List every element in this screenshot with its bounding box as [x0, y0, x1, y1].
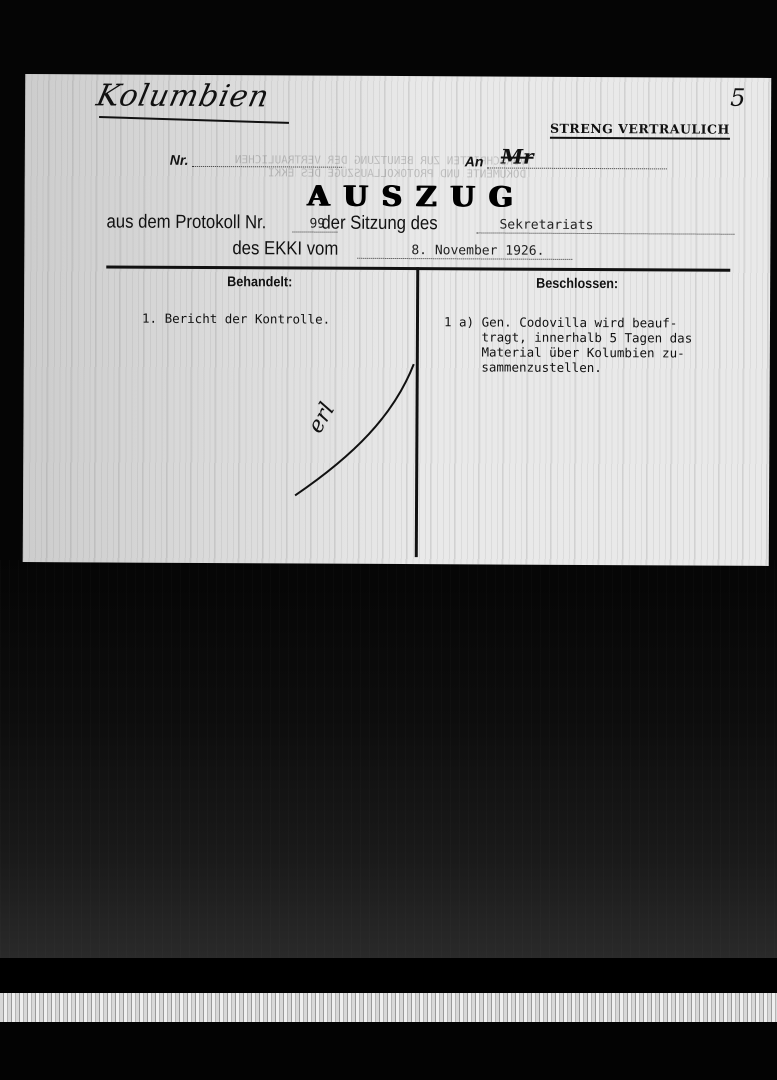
next-document-edge — [0, 993, 777, 1023]
agenda-item: 1. Bericht der Kontrolle. — [142, 311, 330, 327]
scan-dark-band — [0, 958, 777, 994]
an-value-struck: Mr — [501, 145, 534, 169]
scan-bottom-margin — [0, 1022, 777, 1080]
decision-item: 1 a) Gen. Codovilla wird beauf- tragt, i… — [444, 314, 693, 375]
session-body: Sekretariats — [499, 218, 593, 233]
ekki-label: des EKKI vom — [232, 238, 338, 261]
page-number: 5 — [730, 84, 745, 112]
protocol-number: 99 — [309, 217, 325, 232]
decision-text: Gen. Codovilla wird beauf- tragt, innerh… — [444, 314, 693, 375]
document-title: AUSZUG — [308, 180, 527, 214]
column-heading-beschlossen: Beschlossen: — [536, 275, 618, 291]
an-label: An — [465, 153, 484, 169]
protocol-excerpt-card: Kolumbien 5 STRENG VERTRAULICH VORSCHRIF… — [23, 74, 772, 566]
protocol-label: aus dem Protokoll Nr. — [106, 211, 266, 233]
session-date-line — [357, 258, 572, 260]
session-date: 8. November 1926. — [411, 243, 544, 259]
stamp-underline — [550, 137, 730, 140]
handwritten-underline — [99, 116, 289, 124]
session-label: der Sitzung des — [321, 213, 437, 235]
nr-label: Nr. — [170, 152, 189, 168]
decision-number: 1 a) — [444, 314, 474, 329]
session-body-line — [476, 232, 734, 234]
column-heading-behandelt: Behandelt: — [227, 273, 292, 289]
agenda-item-text: Bericht der Kontrolle. — [165, 311, 331, 327]
classification-stamp: STRENG VERTRAULICH — [550, 121, 730, 137]
handwritten-heading: Kolumbien — [93, 78, 273, 114]
scanner-background — [0, 560, 777, 960]
protocol-line: aus dem Protokoll Nr. der Sitzung des — [106, 211, 437, 235]
handwritten-arrow-mark — [283, 355, 424, 506]
agenda-item-number: 1. — [142, 311, 157, 326]
